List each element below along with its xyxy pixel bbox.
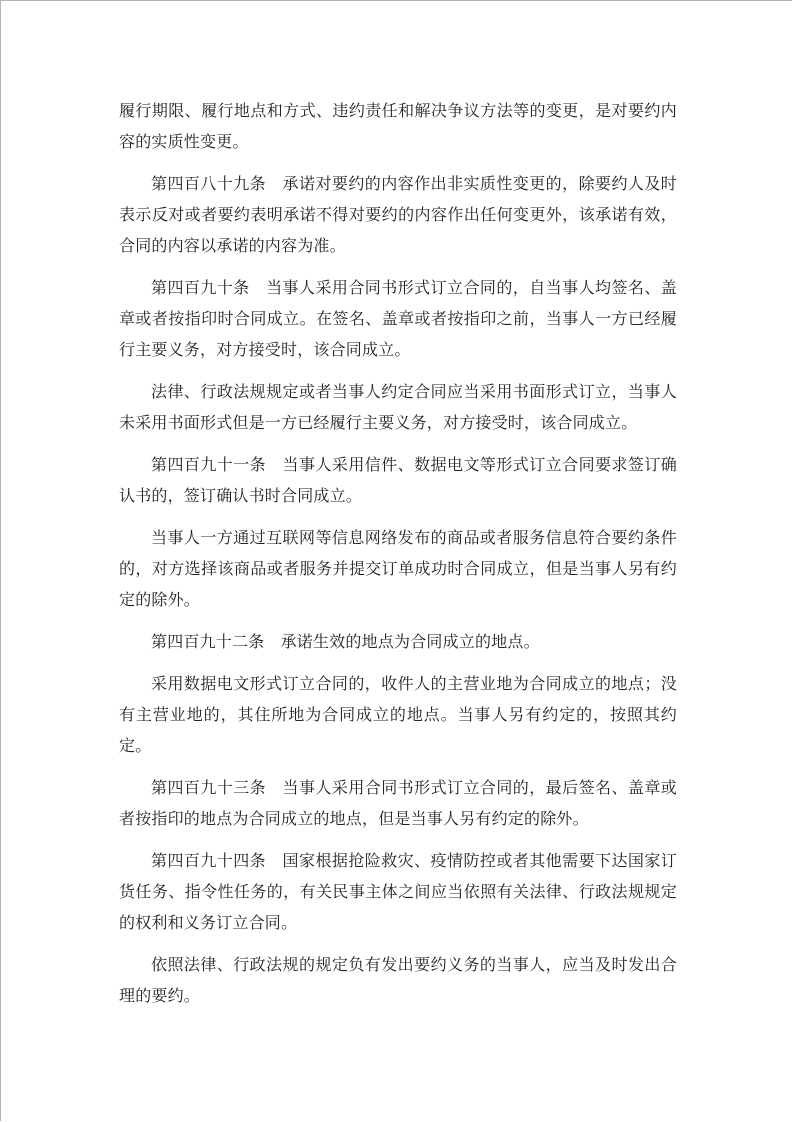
document-content: 履行期限、履行地点和方式、违约责任和解决争议方法等的变更，是对要约内容的实质性变… — [119, 96, 677, 1023]
paragraph: 第四百九十条 当事人采用合同书形式订立合同的，自当事人均签名、盖章或者按指印时合… — [119, 273, 677, 366]
paragraph: 采用数据电文形式订立合同的，收件人的主营业地为合同成立的地点；没有主营业地的，其… — [119, 669, 677, 762]
document-page: 履行期限、履行地点和方式、违约责任和解决争议方法等的变更，是对要约内容的实质性变… — [0, 0, 792, 1121]
paragraph: 第四百九十二条 承诺生效的地点为合同成立的地点。 — [119, 627, 677, 658]
paragraph: 法律、行政法规规定或者当事人约定合同应当采用书面形式订立，当事人未采用书面形式但… — [119, 377, 677, 439]
paragraph: 依照法律、行政法规的规定负有发出要约义务的当事人，应当及时发出合理的要约。 — [119, 950, 677, 1012]
paragraph: 第四百九十一条 当事人采用信件、数据电文等形式订立合同要求签订确认书的，签订确认… — [119, 450, 677, 512]
paragraph: 第四百九十四条 国家根据抢险救灾、疫情防控或者其他需要下达国家订货任务、指令性任… — [119, 846, 677, 939]
paragraph: 第四百九十三条 当事人采用合同书形式订立合同的，最后签名、盖章或者按指印的地点为… — [119, 773, 677, 835]
paragraph: 第四百八十九条 承诺对要约的内容作出非实质性变更的，除要约人及时表示反对或者要约… — [119, 169, 677, 262]
paragraph: 当事人一方通过互联网等信息网络发布的商品或者服务信息符合要约条件的，对方选择该商… — [119, 523, 677, 616]
paragraph: 履行期限、履行地点和方式、违约责任和解决争议方法等的变更，是对要约内容的实质性变… — [119, 96, 677, 158]
